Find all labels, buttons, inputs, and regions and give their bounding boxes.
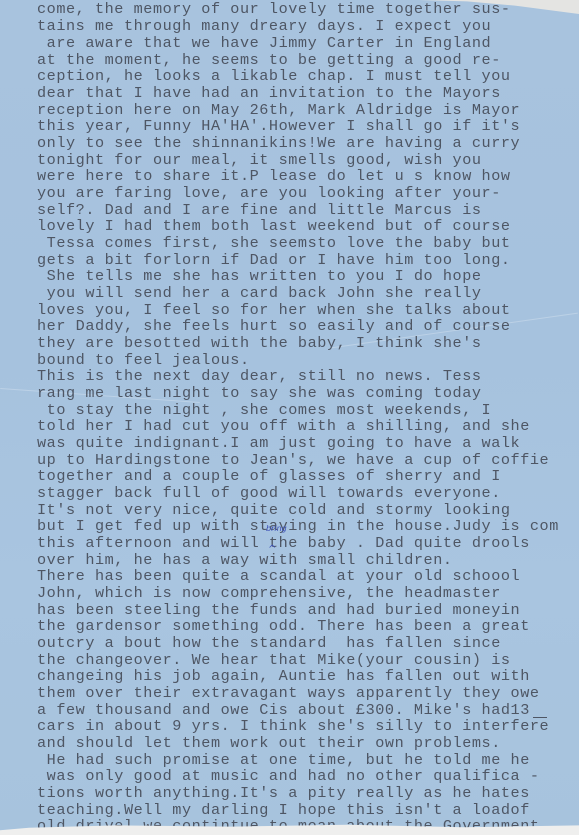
text-line: tions worth anything.It's a pity really … bbox=[37, 785, 530, 802]
text-line: you are faring love, are you looking aft… bbox=[37, 185, 501, 202]
underline-mark bbox=[533, 717, 547, 718]
text-line: were here to share it.P lease do let u s… bbox=[37, 168, 511, 185]
text-line: This is the next day dear, still no news… bbox=[37, 368, 482, 385]
text-line: together and a couple of glasses of sher… bbox=[37, 468, 501, 485]
text-line: lovely I had them both last weekend but … bbox=[37, 218, 511, 235]
text-line: John, which is now comprehensive, the he… bbox=[37, 585, 501, 602]
text-line: Tessa comes first, she seemsto love the … bbox=[37, 235, 511, 252]
text-line: outcry a bout how the standard has falle… bbox=[37, 635, 501, 652]
text-line: this year, Funny HA'HA'.However I shall … bbox=[37, 118, 520, 135]
text-line: her Daddy, she feels hurt so easily and … bbox=[37, 318, 511, 335]
text-line: are aware that we have Jimmy Carter in E… bbox=[37, 35, 491, 52]
text-line: rang me last night to say she was coming… bbox=[37, 385, 482, 402]
text-line: told her I had cut you off with a shilli… bbox=[37, 418, 530, 435]
text-line: stagger back full of good will towards e… bbox=[37, 485, 501, 502]
text-line: and should let them work out their own p… bbox=[37, 735, 501, 752]
text-line: There has been quite a scandal at your o… bbox=[37, 568, 520, 585]
text-line: come, the memory of our lovely time toge… bbox=[37, 1, 511, 18]
text-line: dear that I have had an invitation to th… bbox=[37, 85, 501, 102]
text-line: tains me through many dreary days. I exp… bbox=[37, 18, 491, 35]
text-line: this afternoon and will the baby . Dad q… bbox=[37, 535, 530, 552]
handwritten-insertion: bring bbox=[266, 524, 287, 533]
text-line: cars in about 9 yrs. I think she's silly… bbox=[37, 718, 549, 735]
letter-page: come, the memory of our lovely time toge… bbox=[0, 0, 579, 835]
text-line: was only good at music and had no other … bbox=[37, 768, 540, 785]
text-line: only to see the shinnanikins!We are havi… bbox=[37, 135, 520, 152]
text-line: they are besotted with the baby, I think… bbox=[37, 335, 482, 352]
text-line: the gardensor something odd. There has b… bbox=[37, 618, 530, 635]
text-line: you will send her a card back John she r… bbox=[37, 285, 482, 302]
text-line: them over their extravagant ways apparen… bbox=[37, 685, 540, 702]
text-line: was quite indignant.I am just going to h… bbox=[37, 435, 520, 452]
text-line: changeing his job again, Auntie has fall… bbox=[37, 668, 530, 685]
insertion-caret-mark: ^ bbox=[268, 544, 276, 555]
text-line: She tells me she has written to you I do… bbox=[37, 268, 482, 285]
text-line: but I get fed up with staying in the hou… bbox=[37, 518, 559, 535]
text-line: ception, he looks a likable chap. I must… bbox=[37, 68, 511, 85]
